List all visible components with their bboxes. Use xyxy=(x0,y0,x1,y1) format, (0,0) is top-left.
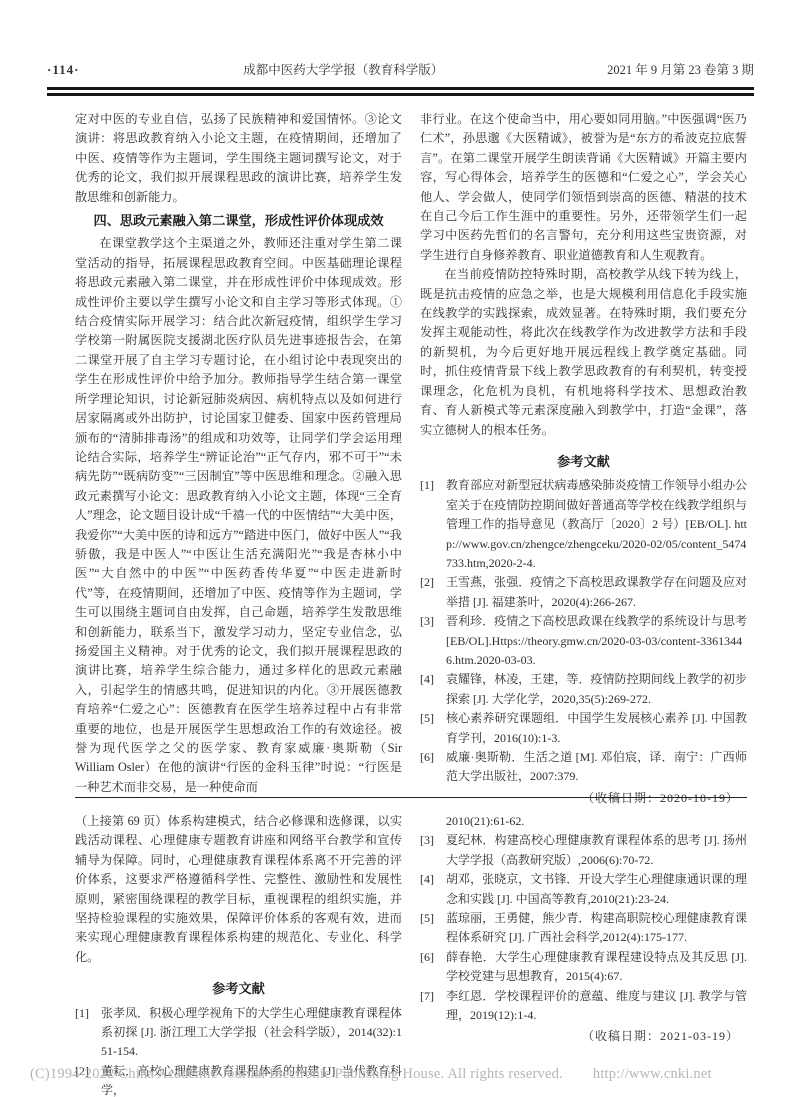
continuation-note: （上接第 69 页） xyxy=(75,814,168,828)
reference-item: [1] 张孝凤．积极心理学视角下的大学生心理健康教育课程体系初探 [J]. 浙江… xyxy=(75,1004,402,1062)
reference-number: [5] xyxy=(420,709,446,748)
reference-text: 教育部应对新型冠状病毒感染肺炎疫情工作领导小组办公室关于在疫情防控期间做好普通高… xyxy=(446,476,747,573)
reference-text: 蓝琼丽，王勇健，熊少青．构建高职院校心理健康教育课程体系研究 [J]. 广西社会… xyxy=(446,909,747,948)
reference-item: [4] 袁耀锋，林凌，王建，等．疫情防控期间线上教学的初步探索 [J]. 大学化… xyxy=(420,670,747,709)
main-article-section: 定对中医的专业自信，弘扬了民族精神和爱国情怀。③论文演讲：将思政教育纳入小论文主… xyxy=(75,110,747,808)
reference-text: 李红恩．学校课程评价的意蕴、维度与建议 [J]. 教学与管理，2019(12):… xyxy=(446,987,747,1026)
page-footer: (C)1994-2022 China Academic Journal Elec… xyxy=(30,1066,770,1083)
section-heading: 四、思政元素融入第二课堂，形成性评价体现成效 xyxy=(75,211,402,230)
header-divider-rule xyxy=(47,87,754,96)
reference-item: [2] 王雪燕，张强．疫情之下高校思政课教学存在问题及应对举措 [J]. 福建茶… xyxy=(420,573,747,612)
body-paragraph: （上接第 69 页）体系构建模式，结合必修课和选修课，以实践活动课程、心理健康专… xyxy=(75,812,402,967)
reference-number: [1] xyxy=(420,476,446,573)
cnki-url: http://www.cnki.net xyxy=(593,1066,712,1083)
references-heading: 参考文献 xyxy=(75,979,402,998)
reference-item: [1] 教育部应对新型冠状病毒感染肺炎疫情工作领导小组办公室关于在疫情防控期间做… xyxy=(420,476,747,573)
reference-item: [7] 李红恩．学校课程评价的意蕴、维度与建议 [J]. 教学与管理，2019(… xyxy=(420,987,747,1026)
continued-left-column: （上接第 69 页）体系构建模式，结合必修课和选修课，以实践活动课程、心理健康专… xyxy=(75,812,402,1097)
main-left-column: 定对中医的专业自信，弘扬了民族精神和爱国情怀。③论文演讲：将思政教育纳入小论文主… xyxy=(75,110,402,808)
body-paragraph: 在课堂教学这个主渠道之外，教师还注重对学生第二课堂活动的指导，拓展课程思政教育空… xyxy=(75,234,402,797)
body-paragraph: 在当前疫情防控特殊时期，高校教学从线下转为线上，既是抗击疫情的应急之举，也是大规… xyxy=(420,265,747,440)
reference-text: 袁耀锋，林凌，王建，等．疫情防控期间线上教学的初步探索 [J]. 大学化学，20… xyxy=(446,670,747,709)
reference-item: [6] 威廉·奥斯勒．生活之道 [M]. 邓伯宸，译．南宁：广西师范大学出版社，… xyxy=(420,748,747,787)
reference-number: [6] xyxy=(420,948,446,987)
reference-number: [4] xyxy=(420,670,446,709)
reference-text: 晋利珍．疫情之下高校思政课在线教学的系统设计与思考 [EB/OL].Https:… xyxy=(446,612,747,670)
reference-item: [6] 薛春艳．大学生心理健康教育课程建设特点及其反思 [J]. 学校党建与思想… xyxy=(420,948,747,987)
body-paragraph: 定对中医的专业自信，弘扬了民族精神和爱国情怀。③论文演讲：将思政教育纳入小论文主… xyxy=(75,110,402,207)
reference-text: 胡邓，张晓京，文书锋．开设大学生心理健康通识课的理念和实践 [J]. 中国高等教… xyxy=(446,870,747,909)
reference-text: 夏纪林．构建高校心理健康教育课程体系的思考 [J]. 扬州大学学报（高教研究版）… xyxy=(446,831,747,870)
reference-number: [4] xyxy=(420,870,446,909)
reference-item: [3] 晋利珍．疫情之下高校思政课在线教学的系统设计与思考 [EB/OL].Ht… xyxy=(420,612,747,670)
reference-number: [3] xyxy=(420,831,446,870)
reference-item: [4] 胡邓，张晓京，文书锋．开设大学生心理健康通识课的理念和实践 [J]. 中… xyxy=(420,870,747,909)
body-paragraph: 非行业。在这个使命当中，用心要如同用脑。”中医强调“医乃仁术”，孙思邈《大医精诚… xyxy=(420,110,747,265)
reference-text: 威廉·奥斯勒．生活之道 [M]. 邓伯宸，译．南宁：广西师范大学出版社，2007… xyxy=(446,748,747,787)
reference-text: 核心素养研究课题组．中国学生发展核心素养 [J]. 中国教育学刊，2016(10… xyxy=(446,709,747,748)
page-number: ·114· xyxy=(47,62,79,78)
reference-number: [7] xyxy=(420,987,446,1026)
received-date: （收稿日期：2020-10-19） xyxy=(420,789,747,808)
continued-right-column: 2010(21):61-62. [3] 夏纪林．构建高校心理健康教育课程体系的思… xyxy=(420,812,747,1097)
reference-number: [3] xyxy=(420,612,446,670)
reference-text: 薛春艳．大学生心理健康教育课程建设特点及其反思 [J]. 学校党建与思想教育，2… xyxy=(446,948,747,987)
reference-item: [5] 蓝琼丽，王勇健，熊少青．构建高职院校心理健康教育课程体系研究 [J]. … xyxy=(420,909,747,948)
reference-number-spacer xyxy=(420,812,446,831)
issue-info: 2021 年 9 月第 23 卷第 3 期 xyxy=(607,60,754,78)
journal-title: 成都中医药大学学报（教育科学版） xyxy=(243,60,443,78)
main-right-column: 非行业。在这个使命当中，用心要如同用脑。”中医强调“医乃仁术”，孙思邈《大医精诚… xyxy=(420,110,747,808)
page-header: ·114· 成都中医药大学学报（教育科学版） 2021 年 9 月第 23 卷第… xyxy=(47,60,754,78)
journal-page: ·114· 成都中医药大学学报（教育科学版） 2021 年 9 月第 23 卷第… xyxy=(0,0,794,1097)
article-divider-rule xyxy=(75,797,747,798)
received-date: （收稿日期：2021-03-19） xyxy=(420,1027,747,1046)
reference-continuation: 2010(21):61-62. xyxy=(420,812,747,831)
reference-number: [2] xyxy=(420,573,446,612)
references-heading: 参考文献 xyxy=(420,452,747,471)
reference-number: [1] xyxy=(75,1004,101,1062)
reference-number: [6] xyxy=(420,748,446,787)
reference-item: [5] 核心素养研究课题组．中国学生发展核心素养 [J]. 中国教育学刊，201… xyxy=(420,709,747,748)
reference-number: [5] xyxy=(420,909,446,948)
reference-text: 2010(21):61-62. xyxy=(446,812,747,831)
reference-item: [3] 夏纪林．构建高校心理健康教育课程体系的思考 [J]. 扬州大学学报（高教… xyxy=(420,831,747,870)
reference-text: 王雪燕，张强．疫情之下高校思政课教学存在问题及应对举措 [J]. 福建茶叶，20… xyxy=(446,573,747,612)
continuation-text: 体系构建模式，结合必修课和选修课，以实践活动课程、心理健康专题教育讲座和网络平台… xyxy=(75,814,402,964)
reference-text: 张孝凤．积极心理学视角下的大学生心理健康教育课程体系初探 [J]. 浙江理工大学… xyxy=(101,1004,402,1062)
copyright-text: (C)1994-2022 China Academic Journal Elec… xyxy=(30,1066,563,1083)
continued-article-section: （上接第 69 页）体系构建模式，结合必修课和选修课，以实践活动课程、心理健康专… xyxy=(75,812,747,1097)
